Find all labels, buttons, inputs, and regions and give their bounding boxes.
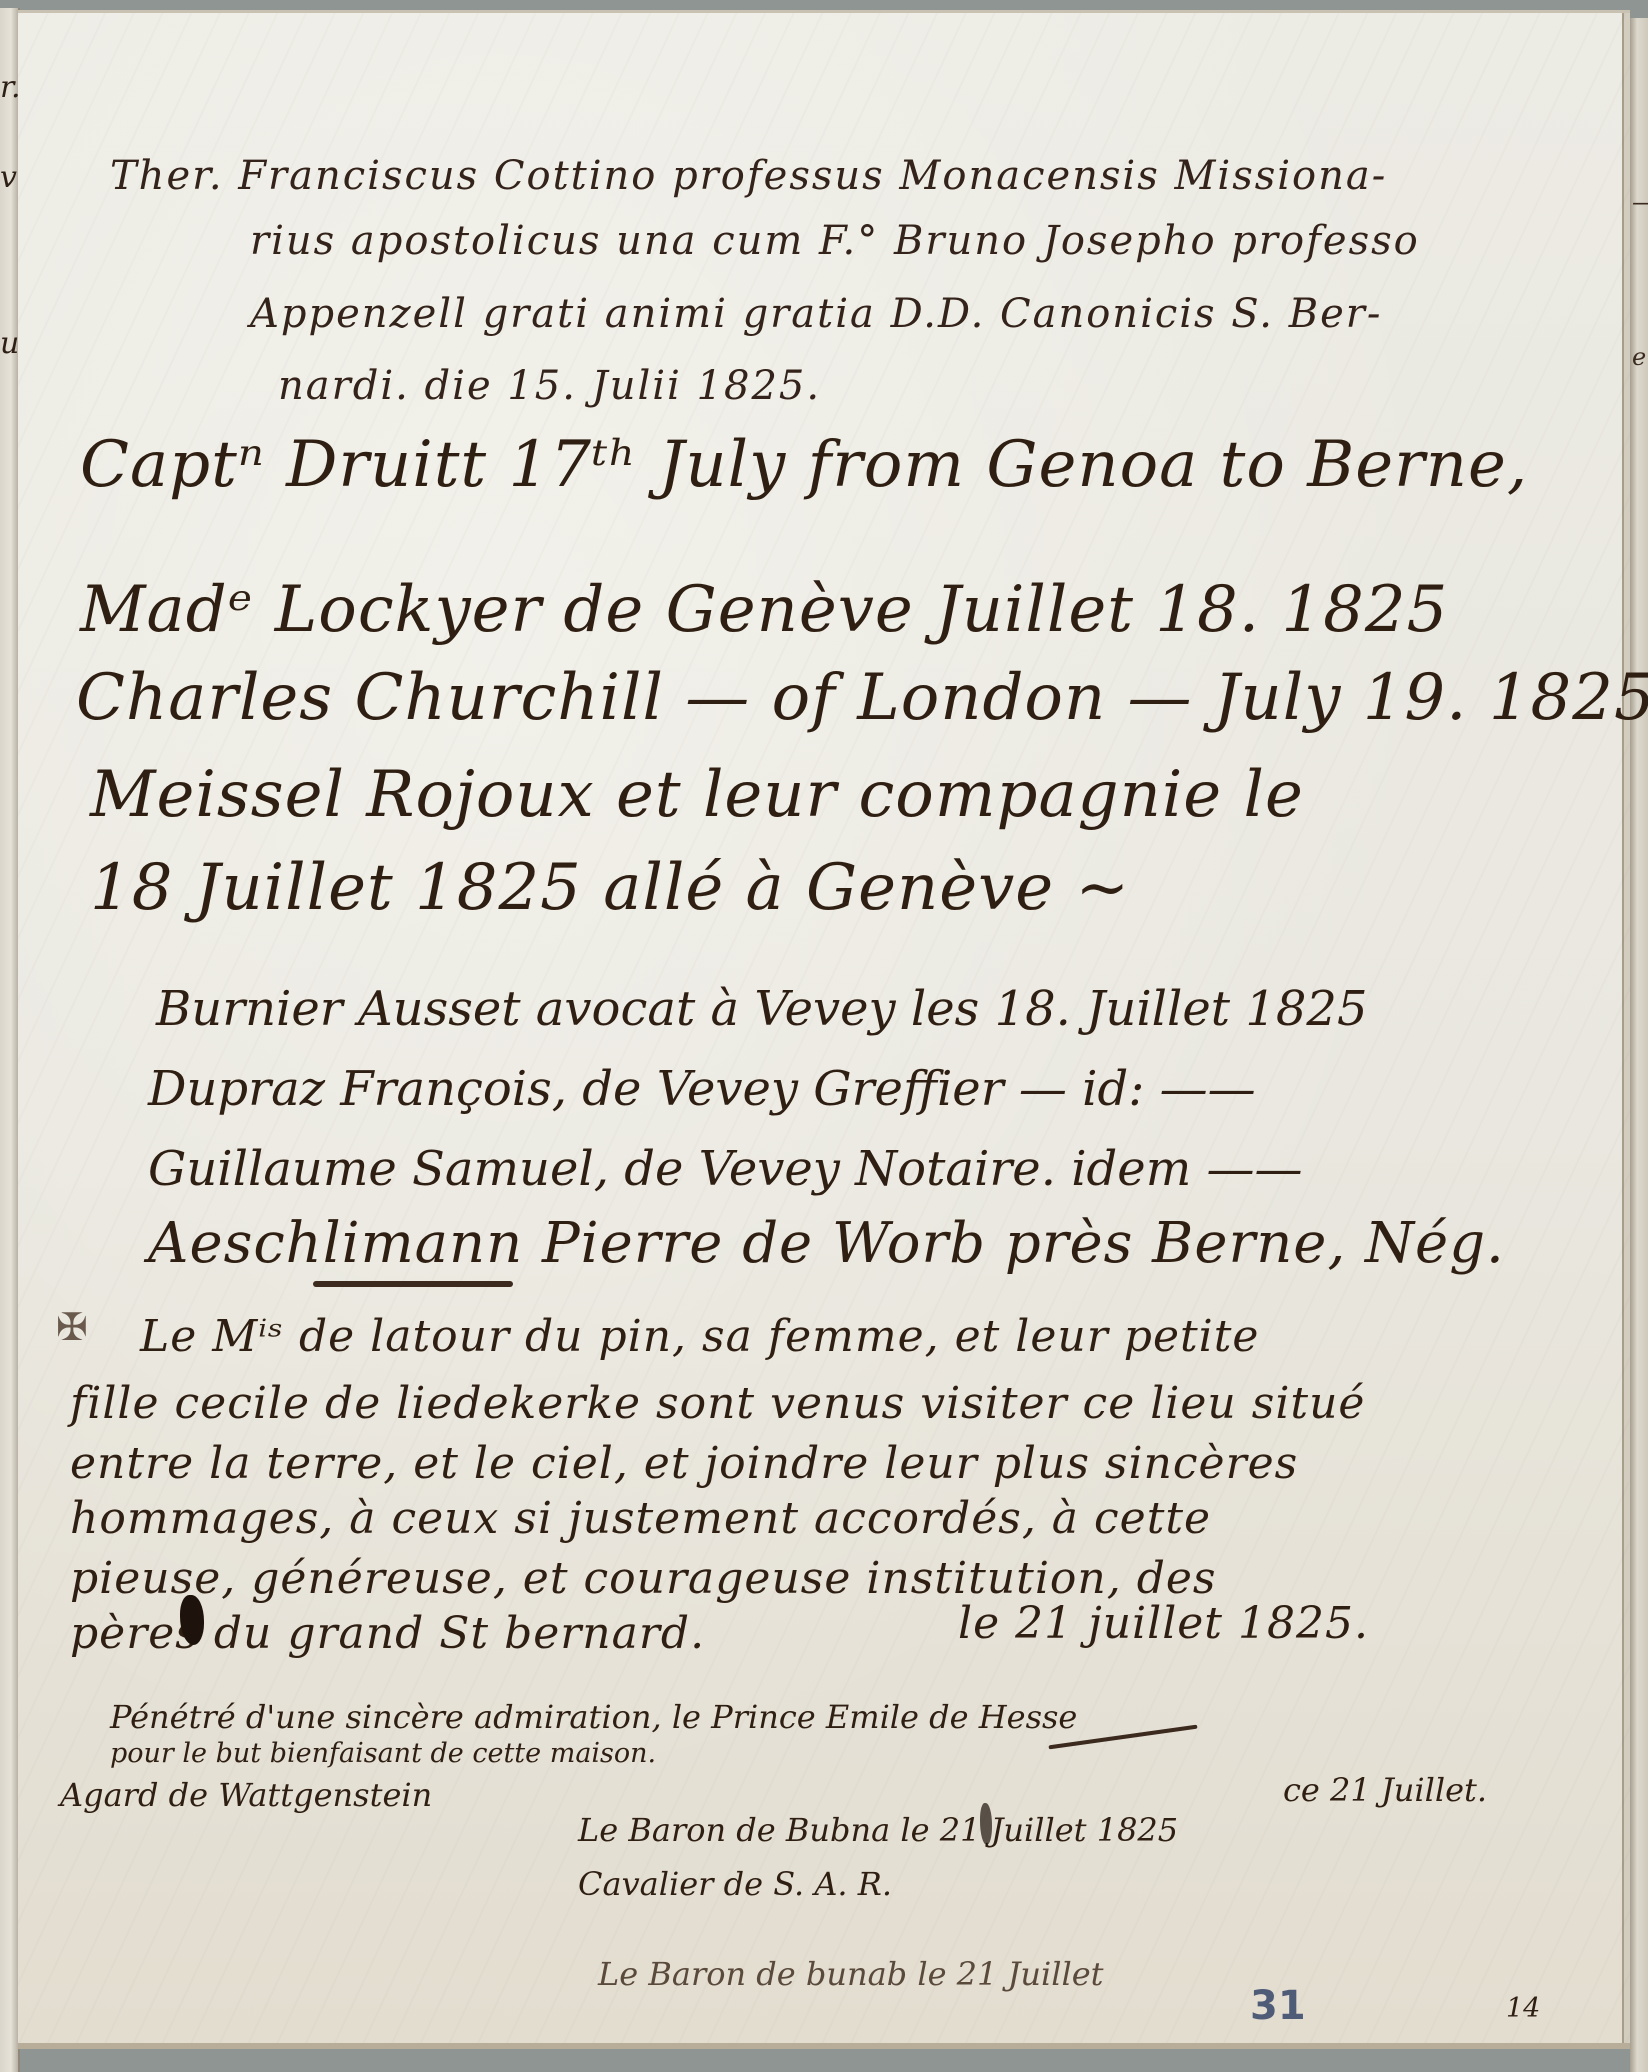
latour-entry-line-2: fille cecile de liedekerke sont venus vi… [70, 1378, 1365, 1429]
underline-flourish [313, 1281, 513, 1287]
previous-page-edge: r. vu u [0, 8, 20, 2072]
latour-entry-line-3: entre la terre, et le ciel, et joindre l… [70, 1438, 1298, 1489]
latour-entry-line-6: pères du grand St bernard. [70, 1608, 705, 1659]
latour-entry-date: le 21 juillet 1825. [958, 1598, 1369, 1649]
aeschlimann-entry: Aeschlimann Pierre de Worb près Berne, N… [148, 1211, 1505, 1276]
meissel-entry-line-1: Meissel Rojoux et leur compagnie le [90, 758, 1304, 832]
churchill-entry: Charles Churchill — of London — July 19.… [76, 661, 1648, 735]
corner-note: 14 [1506, 1993, 1540, 2024]
manuscript-page: Ther. Franciscus Cottino professus Monac… [18, 10, 1630, 2049]
druitt-entry: Captⁿ Druitt 17ᵗʰ July from Genoa to Ber… [80, 428, 1528, 502]
ink-blot [180, 1595, 204, 1645]
next-page-fragment: — [1632, 188, 1648, 216]
prince-emile-entry-date: ce 21 Juillet. [1283, 1771, 1487, 1809]
lockyer-entry: Madᵉ Lockyer de Genève Juillet 18. 1825 [80, 573, 1448, 647]
latour-entry-line-4: hommages, à ceux si justement accordés, … [70, 1493, 1211, 1544]
ink-blot [980, 1803, 992, 1845]
dupraz-entry: Dupraz François, de Vevey Greffier — id:… [148, 1061, 1256, 1117]
prince-emile-entry-line-2: pour le but bienfaisant de cette maison. [110, 1738, 656, 1769]
bubna-entry-line-1: Le Baron de Bubna le 21 Juillet 1825 [578, 1811, 1178, 1849]
latin-entry-line-1: Ther. Franciscus Cottino professus Monac… [110, 153, 1387, 199]
latour-entry-line-1: Le Mⁱˢ de latour du pin, sa femme, et le… [140, 1311, 1259, 1362]
burnier-entry: Burnier Ausset avocat à Vevey les 18. Ju… [156, 981, 1367, 1037]
wattgenstein-entry: Agard de Wattgenstein [60, 1776, 432, 1814]
prev-page-fragment: u [0, 326, 19, 361]
prince-emile-entry-line-1: Pénétré d'une sincère admiration, le Pri… [110, 1698, 1077, 1736]
margin-cross-mark: ✠ [56, 1305, 88, 1349]
next-pages-edge: — e [1630, 18, 1648, 2072]
folio-number: 31 [1250, 1983, 1306, 2029]
latour-entry-line-5: pieuse, généreuse, et courageuse institu… [70, 1553, 1217, 1604]
bubna-entry-line-2: Cavalier de S. A. R. [578, 1865, 892, 1903]
bunab-entry: Le Baron de bunab le 21 Juillet [598, 1955, 1104, 1993]
meissel-entry-line-2: 18 Juillet 1825 allé à Genève ~ [90, 851, 1130, 925]
latin-entry-line-2: rius apostolicus una cum F.° Bruno Josep… [250, 218, 1420, 264]
latin-entry-line-4: nardi. die 15. Julii 1825. [278, 363, 821, 409]
latin-entry-line-3: Appenzell grati animi gratia D.D. Canoni… [250, 291, 1382, 337]
guillaume-entry: Guillaume Samuel, de Vevey Notaire. idem… [148, 1141, 1302, 1197]
next-page-fragment: e [1632, 343, 1646, 371]
